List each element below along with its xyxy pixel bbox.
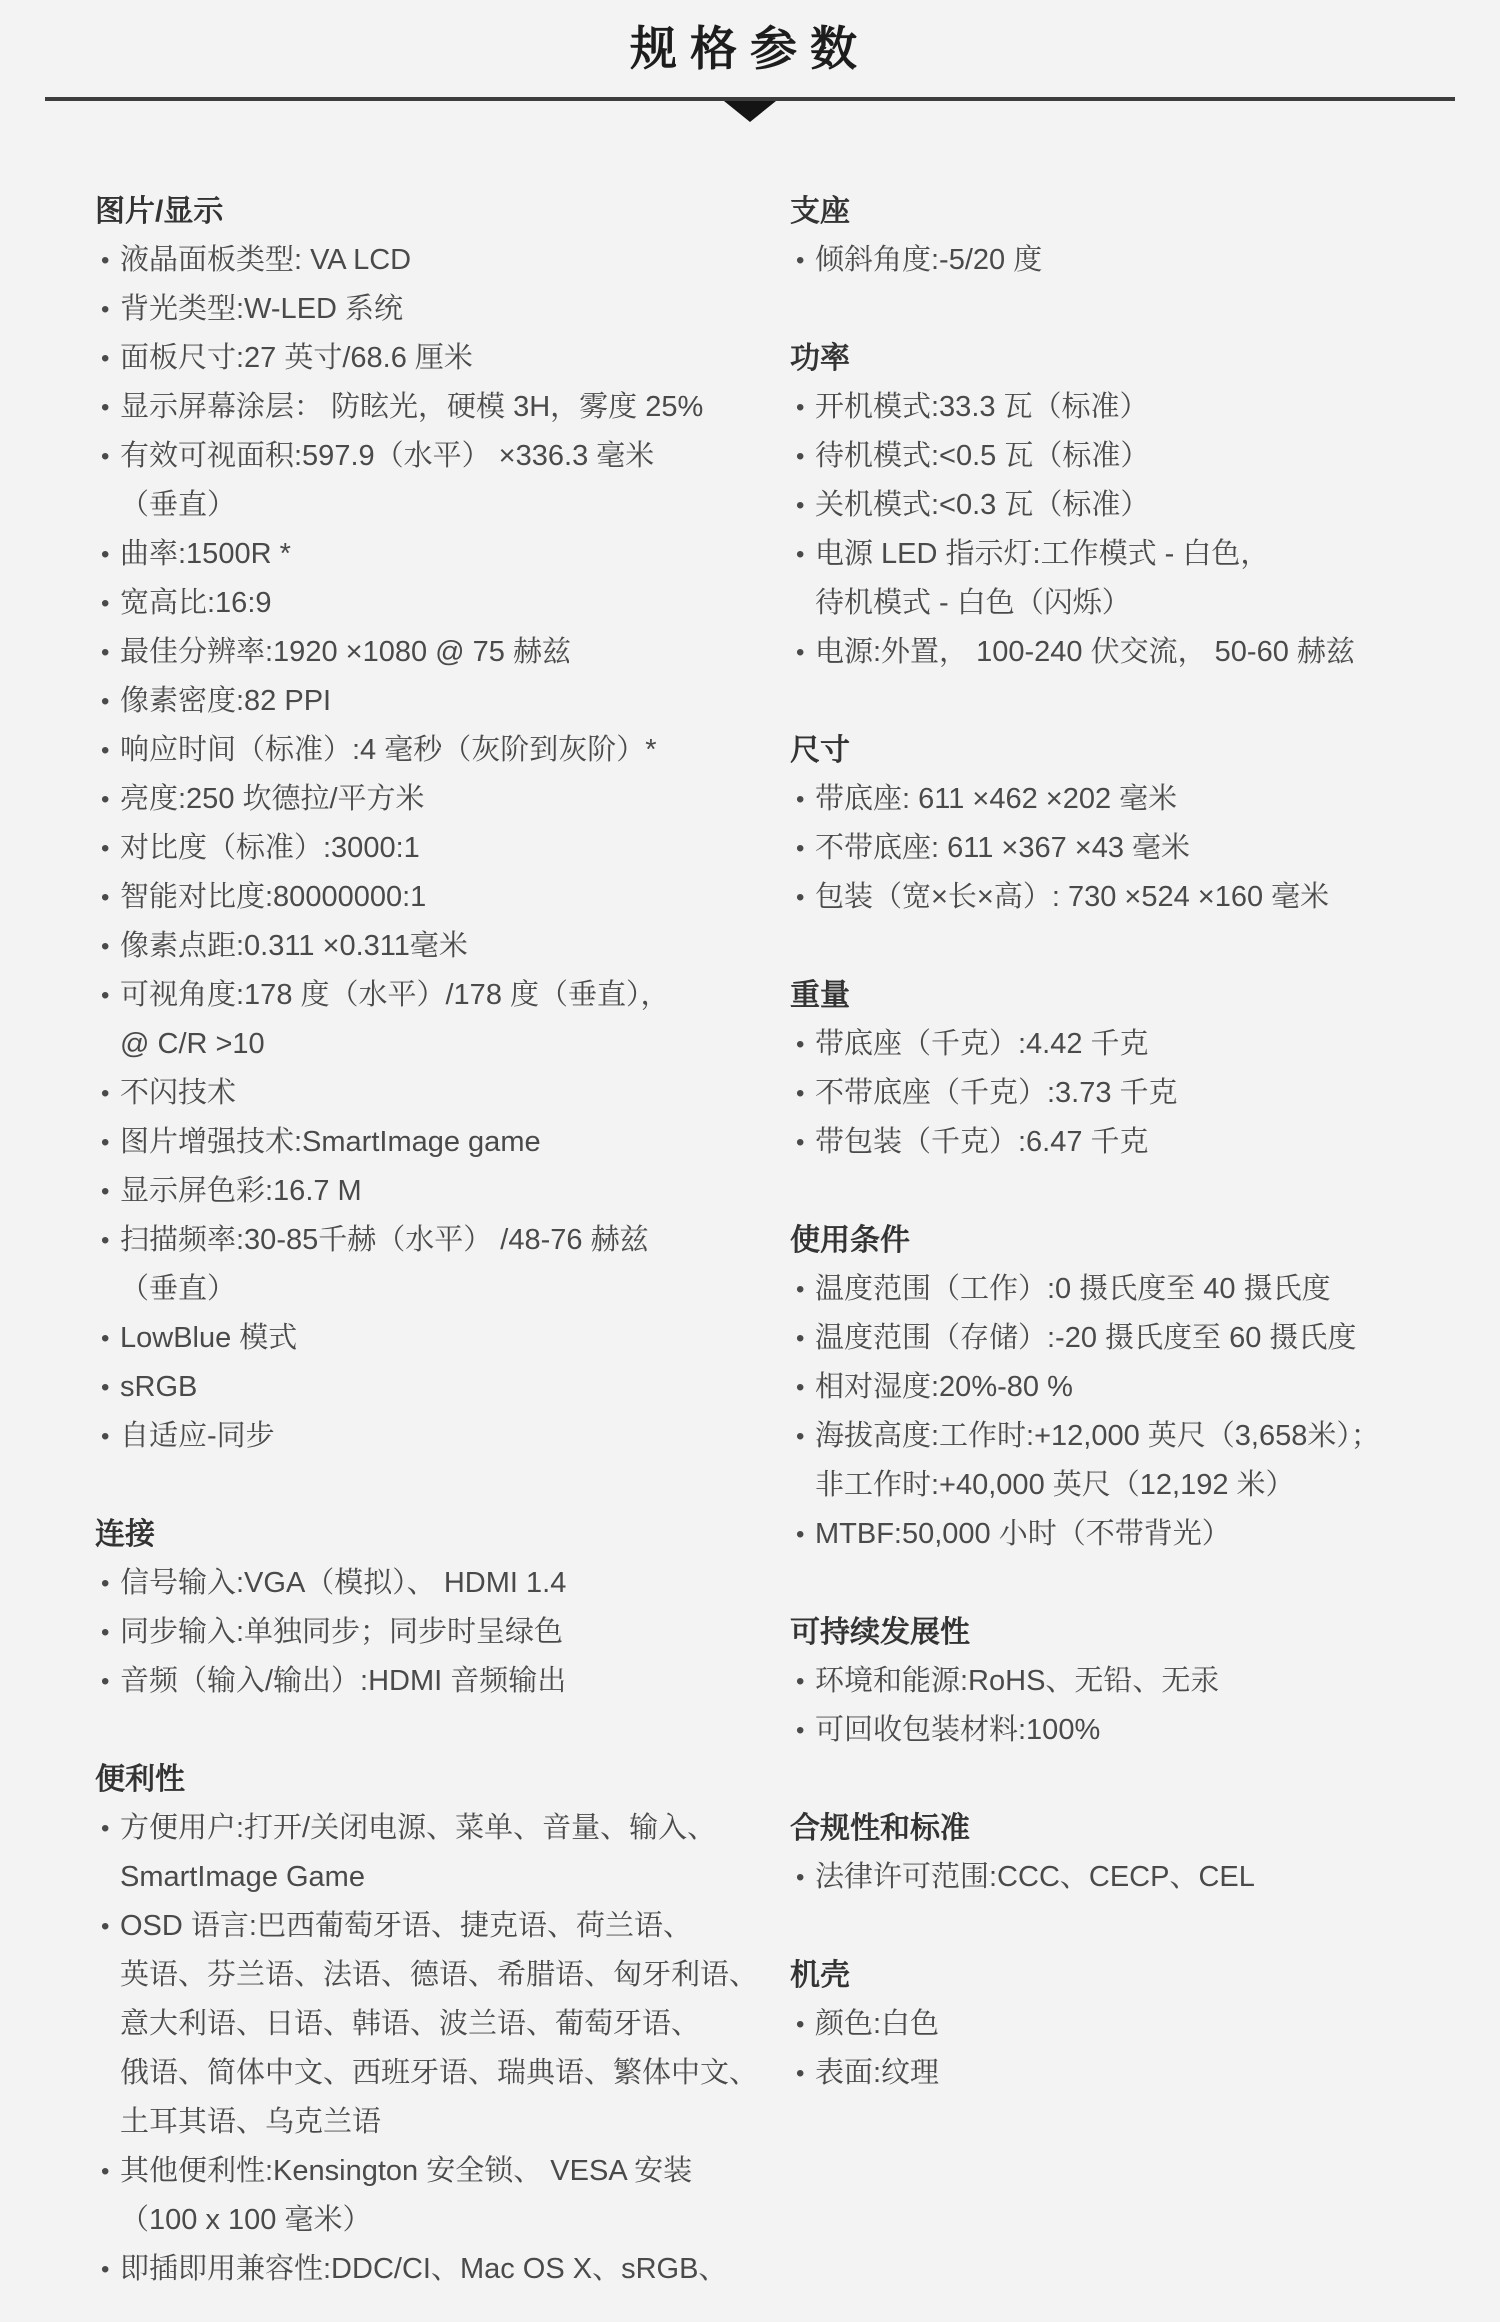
spec-columns: 图片/显示•液晶面板类型: VA LCD•背光类型:W-LED 系统•面板尺寸:… [0, 187, 1500, 2294]
spec-text: sRGB [120, 1371, 197, 1403]
spec-line: •不带底座（千克）:3.73 千克 [790, 1069, 1470, 1118]
spec-text: 带包装（千克）:6.47 千克 [815, 1126, 1149, 1158]
spec-text: 响应时间（标准）:4 毫秒（灰阶到灰阶）* [120, 734, 657, 766]
spec-text: 温度范围（工作）:0 摄氏度至 40 摄氏度 [815, 1273, 1331, 1305]
title-divider [45, 97, 1455, 101]
bullet-icon: • [101, 1069, 109, 1118]
bullet-icon: • [796, 236, 804, 285]
spec-line: •其他便利性:Kensington 安全锁、 VESA 安装 [95, 2147, 790, 2196]
spec-line-continuation: 俄语、简体中文、西班牙语、瑞典语、繁体中文、 [95, 2049, 790, 2098]
spec-section: 图片/显示•液晶面板类型: VA LCD•背光类型:W-LED 系统•面板尺寸:… [95, 187, 790, 1461]
spec-line-continuation: （垂直） [95, 1265, 790, 1314]
spec-text: 待机模式 - 白色（闪烁） [815, 587, 1131, 619]
spec-text: 智能对比度:80000000:1 [120, 881, 426, 913]
spec-section: 功率•开机模式:33.3 瓦（标准）•待机模式:<0.5 瓦（标准）•关机模式:… [790, 334, 1470, 677]
spec-line: •自适应-同步 [95, 1412, 790, 1461]
spec-text: 电源 LED 指示灯:工作模式 - 白色， [815, 538, 1269, 570]
spec-text: 显示屏幕涂层： 防眩光，硬模 3H，雾度 25% [120, 391, 703, 423]
bullet-icon: • [101, 432, 109, 481]
spec-section: 支座•倾斜角度:-5/20 度 [790, 187, 1470, 285]
bullet-icon: • [796, 1363, 804, 1412]
spec-line: •像素点距:0.311 ×0.311毫米 [95, 922, 790, 971]
spec-line: •可回收包装材料:100% [790, 1706, 1470, 1755]
column-left: 图片/显示•液晶面板类型: VA LCD•背光类型:W-LED 系统•面板尺寸:… [95, 187, 790, 2294]
bullet-icon: • [796, 481, 804, 530]
spec-text: 待机模式:<0.5 瓦（标准） [815, 440, 1149, 472]
spec-text: 土耳其语、乌克兰语 [120, 2106, 381, 2138]
bullet-icon: • [796, 1069, 804, 1118]
bullet-icon: • [796, 1657, 804, 1706]
spec-text: 可回收包装材料:100% [815, 1714, 1100, 1746]
spec-text: 不带底座: 611 ×367 ×43 毫米 [815, 832, 1190, 864]
bullet-icon: • [796, 2049, 804, 2098]
spec-text: 不带底座（千克）:3.73 千克 [815, 1077, 1178, 1109]
spec-text: 法律许可范围:CCC、CECP、CEL [815, 1861, 1255, 1893]
bullet-icon: • [796, 1510, 804, 1559]
spec-text: 亮度:250 坎德拉/平方米 [120, 783, 425, 815]
spec-line-continuation: 英语、芬兰语、法语、德语、希腊语、匈牙利语、 [95, 1951, 790, 2000]
bullet-icon: • [101, 922, 109, 971]
section-heading: 支座 [790, 187, 1470, 236]
spec-line: •电源:外置， 100-240 伏交流， 50-60 赫兹 [790, 628, 1470, 677]
spec-text: 扫描频率:30-85千赫（水平） /48-76 赫兹 [120, 1224, 649, 1256]
bullet-icon: • [101, 285, 109, 334]
spec-section: 可持续发展性•环境和能源:RoHS、无铅、无汞•可回收包装材料:100% [790, 1608, 1470, 1755]
spec-line: •面板尺寸:27 英寸/68.6 厘米 [95, 334, 790, 383]
spec-text: 倾斜角度:-5/20 度 [815, 244, 1042, 276]
spec-section: 使用条件•温度范围（工作）:0 摄氏度至 40 摄氏度•温度范围（存储）:-20… [790, 1216, 1470, 1559]
spec-line: •LowBlue 模式 [95, 1314, 790, 1363]
spec-text: 环境和能源:RoHS、无铅、无汞 [815, 1665, 1219, 1697]
spec-line: •海拔高度:工作时:+12,000 英尺（3,658米）； [790, 1412, 1470, 1461]
spec-text: 信号输入:VGA（模拟）、 HDMI 1.4 [120, 1567, 566, 1599]
spec-text: 不闪技术 [120, 1077, 236, 1109]
spec-line: •扫描频率:30-85千赫（水平） /48-76 赫兹 [95, 1216, 790, 1265]
spec-line: •显示屏幕涂层： 防眩光，硬模 3H，雾度 25% [95, 383, 790, 432]
spec-line: •即插即用兼容性:DDC/CI、Mac OS X、sRGB、 [95, 2245, 790, 2294]
bullet-icon: • [796, 1314, 804, 1363]
spec-text: 宽高比:16:9 [120, 587, 272, 619]
bullet-icon: • [796, 775, 804, 824]
spec-line: •对比度（标准）:3000:1 [95, 824, 790, 873]
bullet-icon: • [101, 1314, 109, 1363]
spec-text: SmartImage Game [120, 1861, 365, 1893]
spec-text: 有效可视面积:597.9（水平） ×336.3 毫米 [120, 440, 654, 472]
spec-line: •不带底座: 611 ×367 ×43 毫米 [790, 824, 1470, 873]
spec-section: 尺寸•带底座: 611 ×462 ×202 毫米•不带底座: 611 ×367 … [790, 726, 1470, 922]
spec-text: 英语、芬兰语、法语、德语、希腊语、匈牙利语、 [120, 1959, 758, 1991]
spec-text: 曲率:1500R * [120, 538, 291, 570]
spec-text: （100 x 100 毫米） [120, 2204, 371, 2236]
spec-line: •亮度:250 坎德拉/平方米 [95, 775, 790, 824]
spec-line-continuation: 土耳其语、乌克兰语 [95, 2098, 790, 2147]
bullet-icon: • [796, 2000, 804, 2049]
spec-text: 最佳分辨率:1920 ×1080 @ 75 赫兹 [120, 636, 571, 668]
bullet-icon: • [101, 1363, 109, 1412]
bullet-icon: • [101, 2245, 109, 2294]
spec-text: 像素点距:0.311 ×0.311毫米 [120, 930, 468, 962]
spec-line: •不闪技术 [95, 1069, 790, 1118]
spec-text: 方便用户:打开/关闭电源、菜单、音量、输入、 [120, 1812, 716, 1844]
spec-line: •图片增强技术:SmartImage game [95, 1118, 790, 1167]
spec-text: 对比度（标准）:3000:1 [120, 832, 420, 864]
spec-text: （垂直） [120, 489, 236, 521]
spec-text: 即插即用兼容性:DDC/CI、Mac OS X、sRGB、 [120, 2253, 727, 2285]
bullet-icon: • [101, 1412, 109, 1461]
spec-line: •有效可视面积:597.9（水平） ×336.3 毫米 [95, 432, 790, 481]
spec-line: •温度范围（工作）:0 摄氏度至 40 摄氏度 [790, 1265, 1470, 1314]
bullet-icon: • [101, 1559, 109, 1608]
spec-line-continuation: @ C/R >10 [95, 1020, 790, 1069]
spec-line: •sRGB [95, 1363, 790, 1412]
bullet-icon: • [101, 530, 109, 579]
spec-line: •显示屏色彩:16.7 M [95, 1167, 790, 1216]
bullet-icon: • [101, 236, 109, 285]
spec-line: •响应时间（标准）:4 毫秒（灰阶到灰阶）* [95, 726, 790, 775]
spec-line: •相对湿度:20%-80 % [790, 1363, 1470, 1412]
spec-text: 俄语、简体中文、西班牙语、瑞典语、繁体中文、 [120, 2057, 758, 2089]
bullet-icon: • [796, 432, 804, 481]
spec-line: •颜色:白色 [790, 2000, 1470, 2049]
bullet-icon: • [796, 1020, 804, 1069]
spec-line: •温度范围（存储）:-20 摄氏度至 60 摄氏度 [790, 1314, 1470, 1363]
bullet-icon: • [101, 1902, 109, 1951]
spec-line: •方便用户:打开/关闭电源、菜单、音量、输入、 [95, 1804, 790, 1853]
section-heading: 功率 [790, 334, 1470, 383]
bullet-icon: • [796, 1265, 804, 1314]
spec-text: 音频（输入/输出）:HDMI 音频输出 [120, 1665, 566, 1697]
spec-line-continuation: （垂直） [95, 481, 790, 530]
section-heading: 可持续发展性 [790, 1608, 1470, 1657]
bullet-icon: • [101, 775, 109, 824]
spec-text: 液晶面板类型: VA LCD [120, 244, 411, 276]
spec-line-continuation: 待机模式 - 白色（闪烁） [790, 579, 1470, 628]
spec-text: 可视角度:178 度（水平）/178 度（垂直）， [120, 979, 670, 1011]
spec-line-continuation: SmartImage Game [95, 1853, 790, 1902]
spec-line: •背光类型:W-LED 系统 [95, 285, 790, 334]
spec-text: 开机模式:33.3 瓦（标准） [815, 391, 1149, 423]
spec-line: •法律许可范围:CCC、CECP、CEL [790, 1853, 1470, 1902]
spec-line: •带底座: 611 ×462 ×202 毫米 [790, 775, 1470, 824]
spec-text: 像素密度:82 PPI [120, 685, 331, 717]
spec-line: •可视角度:178 度（水平）/178 度（垂直）， [95, 971, 790, 1020]
spec-line: •带包装（千克）:6.47 千克 [790, 1118, 1470, 1167]
bullet-icon: • [796, 530, 804, 579]
spec-section: 机壳•颜色:白色•表面:纹理 [790, 1951, 1470, 2098]
bullet-icon: • [101, 579, 109, 628]
spec-text: 显示屏色彩:16.7 M [120, 1175, 362, 1207]
spec-section: 便利性•方便用户:打开/关闭电源、菜单、音量、输入、SmartImage Gam… [95, 1755, 790, 2294]
bullet-icon: • [796, 1853, 804, 1902]
spec-line: •同步输入:单独同步；同步时呈绿色 [95, 1608, 790, 1657]
spec-text: 其他便利性:Kensington 安全锁、 VESA 安装 [120, 2155, 692, 2187]
bullet-icon: • [101, 2147, 109, 2196]
section-heading: 图片/显示 [95, 187, 790, 236]
spec-line: •最佳分辨率:1920 ×1080 @ 75 赫兹 [95, 628, 790, 677]
column-right: 支座•倾斜角度:-5/20 度功率•开机模式:33.3 瓦（标准）•待机模式:<… [790, 187, 1500, 2098]
bullet-icon: • [101, 1167, 109, 1216]
divider-arrow-down-icon [724, 101, 776, 122]
spec-line: •包装（宽×长×高）: 730 ×524 ×160 毫米 [790, 873, 1470, 922]
bullet-icon: • [101, 1657, 109, 1706]
section-heading: 合规性和标准 [790, 1804, 1470, 1853]
bullet-icon: • [101, 628, 109, 677]
spec-text: 自适应-同步 [120, 1420, 275, 1452]
spec-line: •电源 LED 指示灯:工作模式 - 白色， [790, 530, 1470, 579]
bullet-icon: • [101, 677, 109, 726]
spec-line-continuation: （100 x 100 毫米） [95, 2196, 790, 2245]
bullet-icon: • [796, 824, 804, 873]
bullet-icon: • [796, 1412, 804, 1461]
spec-text: 关机模式:<0.3 瓦（标准） [815, 489, 1149, 521]
spec-line: •智能对比度:80000000:1 [95, 873, 790, 922]
spec-line-continuation: 非工作时:+40,000 英尺（12,192 米） [790, 1461, 1470, 1510]
bullet-icon: • [796, 628, 804, 677]
section-heading: 尺寸 [790, 726, 1470, 775]
spec-text: 面板尺寸:27 英寸/68.6 厘米 [120, 342, 473, 374]
spec-section: 连接•信号输入:VGA（模拟）、 HDMI 1.4•同步输入:单独同步；同步时呈… [95, 1510, 790, 1706]
spec-text: （垂直） [120, 1273, 236, 1305]
bullet-icon: • [796, 383, 804, 432]
spec-text: 背光类型:W-LED 系统 [120, 293, 403, 325]
spec-text: MTBF:50,000 小时（不带背光） [815, 1518, 1231, 1550]
spec-line: •曲率:1500R * [95, 530, 790, 579]
bullet-icon: • [101, 971, 109, 1020]
bullet-icon: • [101, 1804, 109, 1853]
spec-text: 带底座: 611 ×462 ×202 毫米 [815, 783, 1177, 815]
section-heading: 连接 [95, 1510, 790, 1559]
spec-line: •表面:纹理 [790, 2049, 1470, 2098]
section-heading: 便利性 [95, 1755, 790, 1804]
spec-text: 意大利语、日语、韩语、波兰语、葡萄牙语、 [120, 2008, 700, 2040]
spec-line: •带底座（千克）:4.42 千克 [790, 1020, 1470, 1069]
spec-text: 表面:纹理 [815, 2057, 939, 2089]
bullet-icon: • [796, 1118, 804, 1167]
bullet-icon: • [101, 873, 109, 922]
spec-text: 同步输入:单独同步；同步时呈绿色 [120, 1616, 563, 1648]
spec-section: 合规性和标准•法律许可范围:CCC、CECP、CEL [790, 1804, 1470, 1902]
spec-text: 图片增强技术:SmartImage game [120, 1126, 541, 1158]
spec-line: •开机模式:33.3 瓦（标准） [790, 383, 1470, 432]
spec-text: 相对湿度:20%-80 % [815, 1371, 1073, 1403]
spec-text: LowBlue 模式 [120, 1322, 297, 1354]
bullet-icon: • [101, 726, 109, 775]
spec-text: 颜色:白色 [815, 2008, 939, 2040]
spec-line: •液晶面板类型: VA LCD [95, 236, 790, 285]
spec-text: 温度范围（存储）:-20 摄氏度至 60 摄氏度 [815, 1322, 1356, 1354]
bullet-icon: • [101, 383, 109, 432]
spec-line: •环境和能源:RoHS、无铅、无汞 [790, 1657, 1470, 1706]
spec-line: •OSD 语言:巴西葡萄牙语、捷克语、荷兰语、 [95, 1902, 790, 1951]
spec-line: •信号输入:VGA（模拟）、 HDMI 1.4 [95, 1559, 790, 1608]
spec-section: 重量•带底座（千克）:4.42 千克•不带底座（千克）:3.73 千克•带包装（… [790, 971, 1470, 1167]
section-heading: 机壳 [790, 1951, 1470, 2000]
spec-text: @ C/R >10 [120, 1028, 265, 1060]
bullet-icon: • [101, 1608, 109, 1657]
spec-text: 非工作时:+40,000 英尺（12,192 米） [815, 1469, 1295, 1501]
spec-line: •待机模式:<0.5 瓦（标准） [790, 432, 1470, 481]
spec-line: •宽高比:16:9 [95, 579, 790, 628]
spec-line: •关机模式:<0.3 瓦（标准） [790, 481, 1470, 530]
bullet-icon: • [101, 1118, 109, 1167]
section-heading: 使用条件 [790, 1216, 1470, 1265]
spec-line: •音频（输入/输出）:HDMI 音频输出 [95, 1657, 790, 1706]
spec-line-continuation: 意大利语、日语、韩语、波兰语、葡萄牙语、 [95, 2000, 790, 2049]
spec-text: 包装（宽×长×高）: 730 ×524 ×160 毫米 [815, 881, 1329, 913]
spec-text: OSD 语言:巴西葡萄牙语、捷克语、荷兰语、 [120, 1910, 692, 1942]
spec-line: •倾斜角度:-5/20 度 [790, 236, 1470, 285]
bullet-icon: • [101, 824, 109, 873]
page-title: 规格参数 [0, 0, 1500, 78]
bullet-icon: • [101, 1216, 109, 1265]
spec-text: 带底座（千克）:4.42 千克 [815, 1028, 1149, 1060]
spec-sheet-page: 规格参数 图片/显示•液晶面板类型: VA LCD•背光类型:W-LED 系统•… [0, 0, 1500, 2322]
spec-text: 海拔高度:工作时:+12,000 英尺（3,658米）； [815, 1420, 1380, 1452]
bullet-icon: • [796, 1706, 804, 1755]
spec-line: •MTBF:50,000 小时（不带背光） [790, 1510, 1470, 1559]
spec-line: •像素密度:82 PPI [95, 677, 790, 726]
section-heading: 重量 [790, 971, 1470, 1020]
bullet-icon: • [796, 873, 804, 922]
bullet-icon: • [101, 334, 109, 383]
spec-text: 电源:外置， 100-240 伏交流， 50-60 赫兹 [815, 636, 1355, 668]
